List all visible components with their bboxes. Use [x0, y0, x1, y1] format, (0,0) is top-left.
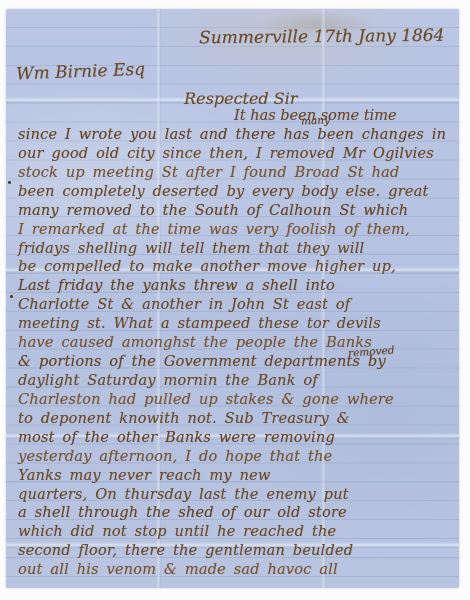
letter-line: I remarked at the time was very foolish … — [18, 221, 456, 240]
letter-line: been completely deserted by every body e… — [18, 183, 456, 202]
letter-line: Yanks may never reach my new — [18, 467, 456, 486]
letter-line: our good old city since then, I removed … — [18, 145, 456, 164]
letter-line: a shell through the shed of our old stor… — [18, 504, 456, 523]
letter-line: Charleston had pulled up stakes & gone w… — [18, 391, 456, 410]
letter-line: quarters, On thursday last the enemy put — [18, 486, 456, 505]
letter-line: stock up meeting St after I found Broad … — [18, 164, 456, 183]
letter-line: & portions of the Government departments… — [18, 353, 456, 372]
addressee: Wm Birnie Esq — [16, 60, 146, 85]
letter-body: since I wrote you last and there has bee… — [18, 126, 456, 580]
letter-line: yesterday afternoon, I do hope that the — [18, 448, 456, 467]
ink-speck — [10, 295, 13, 298]
letter-line: out all his venom & made sad havoc all — [18, 561, 456, 580]
letter-line: meeting st. What a stampeed these tor de… — [18, 315, 456, 334]
letter-line: which did not stop until he reached the — [18, 523, 456, 542]
letter-paper: Summerville 17th Jany 1864 Wm Birnie Esq… — [6, 9, 459, 588]
ink-speck — [8, 181, 11, 184]
letter-line: since I wrote you last and there has bee… — [18, 126, 456, 145]
salutation: Respected Sir — [184, 89, 297, 108]
letter-line: second floor, there the gentleman beulde… — [18, 542, 456, 561]
letter-line: have caused amonghst the people the Bank… — [18, 334, 456, 353]
letter-line: to deponent knowith not. Sub Treasury & — [18, 410, 456, 429]
letter-line: daylight Saturday mornin the Bank of — [18, 372, 456, 391]
letter-line: many removed to the South of Calhoun St … — [18, 202, 456, 221]
letter-line: most of the other Banks were removing — [18, 429, 456, 448]
letter-line: fridays shelling will tell them that the… — [18, 240, 456, 259]
letter-line: Last friday the yanks threw a shell into — [18, 277, 456, 296]
scanned-letter-background: Summerville 17th Jany 1864 Wm Birnie Esq… — [0, 0, 470, 600]
dateline: Summerville 17th Jany 1864 — [199, 26, 445, 49]
letter-line: Charlotte St & another in John St east o… — [18, 296, 456, 315]
letter-line: be compelled to make another move higher… — [18, 258, 456, 277]
